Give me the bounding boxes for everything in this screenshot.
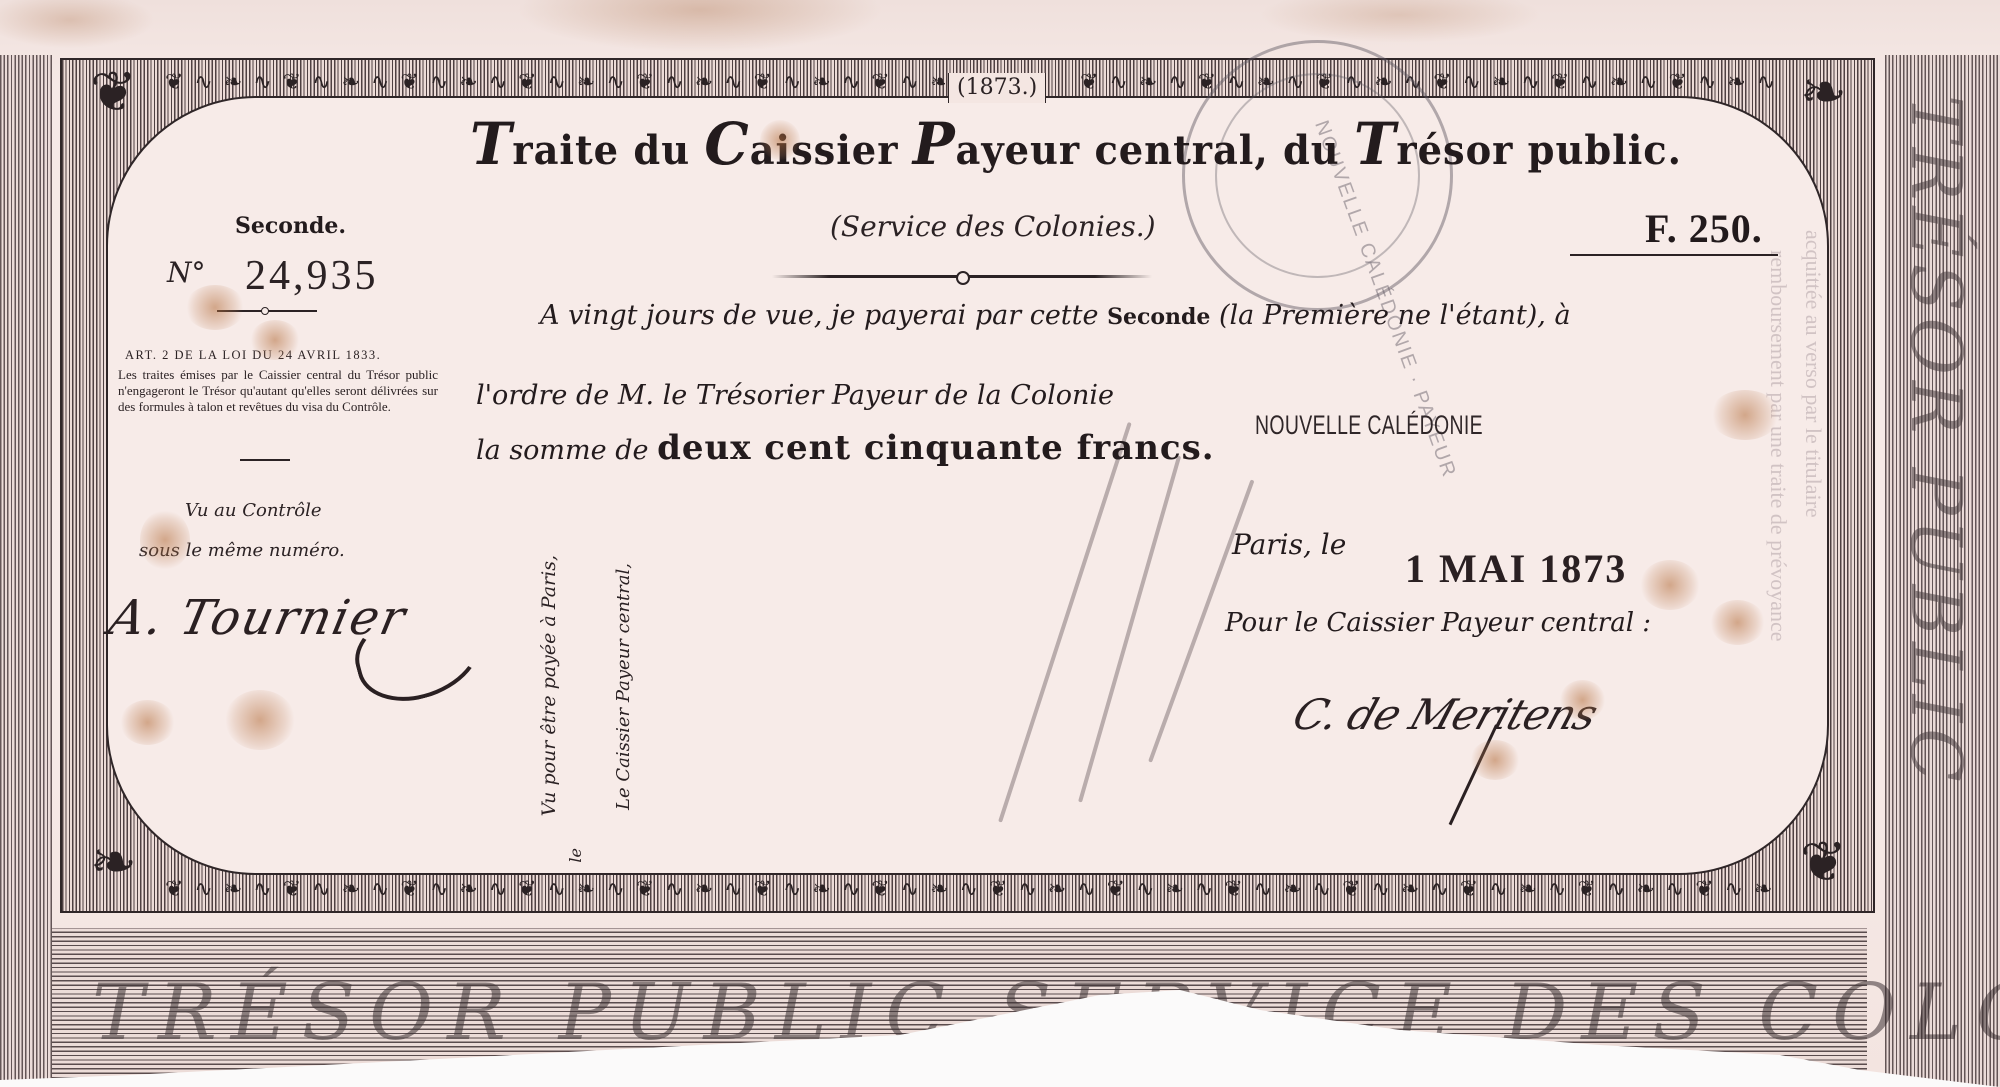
- foxing-spot: [185, 285, 245, 330]
- body-line-2: l'ordre de M. le Trésorier Payeur de la …: [476, 380, 1114, 411]
- seconde-bold: Seconde: [1107, 304, 1210, 330]
- right-guilloche-strip: TRÉSOR PUBLIC: [1885, 55, 2000, 1087]
- foxing-spot: [225, 690, 295, 750]
- ornamental-frame: [60, 58, 1875, 913]
- foxing-spot: [760, 120, 800, 160]
- foxing-spot: [1640, 560, 1700, 610]
- short-divider: [240, 459, 290, 461]
- title-divider: [772, 275, 1152, 278]
- corner-flourish-top-left-icon: ❦: [90, 60, 139, 125]
- body-line-3: la somme de deux cent cinquante francs.: [476, 428, 1215, 468]
- left-guilloche-strip: [0, 55, 52, 1087]
- vertical-le-text: le: [566, 848, 585, 863]
- document-title: Traite du Caissier Payeur central, du Tr…: [470, 110, 1488, 178]
- foxing-spot: [250, 320, 300, 360]
- foxing-spot: [1470, 740, 1520, 780]
- top-vine-ornament: ❦ ∿ ❧ ∿ ❦ ∿ ❧ ∿ ❦ ∿ ❧ ∿ ❦ ∿ ❧ ∿ ❦ ∿ ❧ ∿ …: [165, 70, 945, 95]
- show-through-text: acquittée au verso par le titulaire: [1800, 230, 1826, 518]
- top-vine-ornament-right: ❦ ∿ ❧ ∿ ❦ ∿ ❧ ∿ ❦ ∿ ❧ ∿ ❦ ∿ ❧ ∿ ❦ ∿ ❧ ∿ …: [1080, 70, 1780, 95]
- foxing-spot: [1560, 680, 1605, 720]
- torn-edge: [0, 990, 2000, 1087]
- for-cashier-label: Pour le Caissier Payeur central :: [1225, 608, 1651, 638]
- law-text: Les traites émises par le Caissier centr…: [118, 367, 438, 415]
- amount-underline: [1570, 254, 1778, 256]
- body-line-1: A vingt jours de vue, je payerai par cet…: [540, 300, 1571, 331]
- control-visa-line1: Vu au Contrôle: [185, 500, 322, 521]
- document-subtitle: (Service des Colonies.): [830, 210, 1156, 243]
- cashier-signature: C. de Meritens: [1287, 690, 1603, 739]
- show-through-text: remboursement par une traite de prévoyan…: [1765, 250, 1791, 642]
- year-label: (1873.): [948, 73, 1046, 103]
- corner-flourish-top-right-icon: ❧: [1800, 60, 1849, 125]
- date-stamp: 1 MAI 1873: [1405, 545, 1627, 592]
- colony-stamp: NOUVELLE CALÉDONIE: [1255, 410, 1483, 441]
- foxing-spot: [1710, 390, 1780, 440]
- number-prefix: N°: [167, 256, 206, 289]
- amount-in-words: deux cent cinquante francs.: [657, 428, 1215, 468]
- foxing-spot: [120, 700, 175, 745]
- amount-figure: F. 250.: [1645, 205, 1763, 252]
- vertical-cashier-text: Le Caissier Payeur central,: [613, 563, 634, 810]
- foxing-spot: [140, 510, 190, 570]
- place-label: Paris, le: [1232, 528, 1346, 561]
- foxing-spot: [1710, 600, 1765, 645]
- copy-label: Seconde.: [235, 213, 346, 239]
- corner-flourish-bottom-right-icon: ❦: [1800, 830, 1849, 895]
- serial-number: 24,935: [245, 252, 379, 300]
- vertical-payment-text: Vu pour être payée à Paris,: [538, 555, 560, 816]
- right-script-flourish: TRÉSOR PUBLIC: [1895, 95, 1977, 788]
- bottom-vine-ornament: ❦ ∿ ❧ ∿ ❦ ∿ ❧ ∿ ❦ ∿ ❧ ∿ ❦ ∿ ❧ ∿ ❦ ∿ ❧ ∿ …: [165, 877, 1785, 902]
- corner-flourish-bottom-left-icon: ❧: [90, 830, 139, 895]
